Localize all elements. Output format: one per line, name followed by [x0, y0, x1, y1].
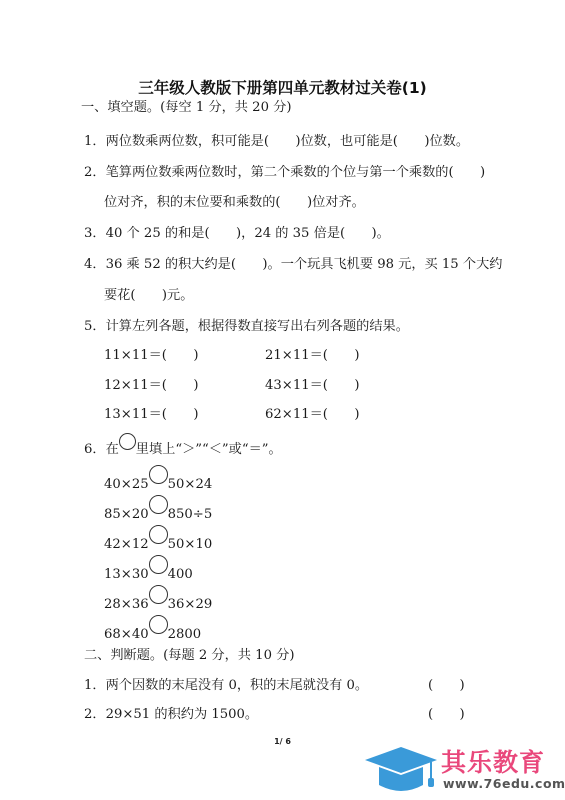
question-2-line2: 位对齐，积的末位要和乘数的( )位对齐。: [104, 195, 365, 211]
q5-left-item: 12×11＝( ): [104, 378, 198, 394]
question-2-line1: 2．笔算两位数乘两位数时，第二个乘数的个位与第一个乘数的( ): [84, 165, 485, 181]
q6-item: 28×3636×29: [104, 590, 212, 613]
q6-right-expr: 2800: [168, 627, 202, 642]
q6-left-expr: 13×30: [104, 567, 149, 582]
q6-item: 13×30400: [104, 560, 193, 583]
q6-left-expr: 85×20: [104, 507, 149, 522]
comparison-circle-input[interactable]: [149, 495, 168, 514]
q6-item: 40×2550×24: [104, 470, 212, 493]
q6-right-expr: 50×10: [168, 537, 213, 552]
brand-url: www.76edu.com: [443, 776, 565, 791]
q6-left-expr: 42×12: [104, 537, 149, 552]
watermark-logo: 其乐教育 www.76edu.com: [363, 743, 563, 798]
question-4-line1: 4．36 乘 52 的积大约是( )。一个玩具飞机要 98 元，买 15 个大约: [84, 257, 502, 273]
comparison-circle-input[interactable]: [149, 615, 168, 634]
q6-right-expr: 400: [168, 567, 193, 582]
judgment-item: 1．两个因数的末尾没有 0，积的末尾就没有 0。: [84, 678, 368, 694]
question-1: 1．两位数乘两位数，积可能是( )位数，也可能是( )位数。: [84, 134, 469, 150]
q6-suffix: 里填上“＞”“＜”或“＝”。: [136, 442, 282, 457]
judgment-answer-blank[interactable]: ( ): [428, 707, 465, 723]
judgment-answer-blank[interactable]: ( ): [428, 678, 465, 694]
q6-item: 85×20850÷5: [104, 500, 212, 523]
comparison-circle-icon: [119, 433, 136, 450]
comparison-circle-input[interactable]: [149, 465, 168, 484]
q6-right-expr: 50×24: [168, 477, 213, 492]
q6-left-expr: 28×36: [104, 597, 149, 612]
q5-right-item: 21×11＝( ): [265, 348, 359, 364]
q5-left-item: 11×11＝( ): [104, 348, 198, 364]
judgment-item: 2．29×51 的积约为 1500。: [84, 707, 258, 723]
brand-name: 其乐教育: [441, 743, 545, 779]
q6-prefix: 6．在: [84, 442, 119, 457]
comparison-circle-input[interactable]: [149, 525, 168, 544]
q6-item: 42×1250×10: [104, 530, 212, 553]
graduation-cap-icon: [363, 743, 443, 798]
comparison-circle-input[interactable]: [149, 585, 168, 604]
q5-right-item: 62×11＝( ): [265, 407, 359, 423]
q6-right-expr: 850÷5: [168, 507, 213, 522]
q5-left-item: 13×11＝( ): [104, 407, 198, 423]
question-5: 5．计算左列各题，根据得数直接写出右列各题的结果。: [84, 319, 409, 335]
page-title: 三年级人教版下册第四单元教材过关卷(1): [0, 76, 565, 98]
q6-item: 68×402800: [104, 620, 201, 643]
q6-left-expr: 68×40: [104, 627, 149, 642]
q6-right-expr: 36×29: [168, 597, 213, 612]
section2-heading: 二、判断题。(每题 2 分，共 10 分): [84, 648, 294, 664]
question-6: 6．在里填上“＞”“＜”或“＝”。: [84, 437, 282, 458]
q5-right-item: 43×11＝( ): [265, 378, 359, 394]
question-3: 3．40 个 25 的和是( )，24 的 35 倍是( )。: [84, 226, 390, 242]
comparison-circle-input[interactable]: [149, 555, 168, 574]
question-4-line2: 要花( )元。: [104, 288, 193, 304]
section1-heading: 一、填空题。(每空 1 分，共 20 分): [81, 100, 291, 116]
q6-left-expr: 40×25: [104, 477, 149, 492]
